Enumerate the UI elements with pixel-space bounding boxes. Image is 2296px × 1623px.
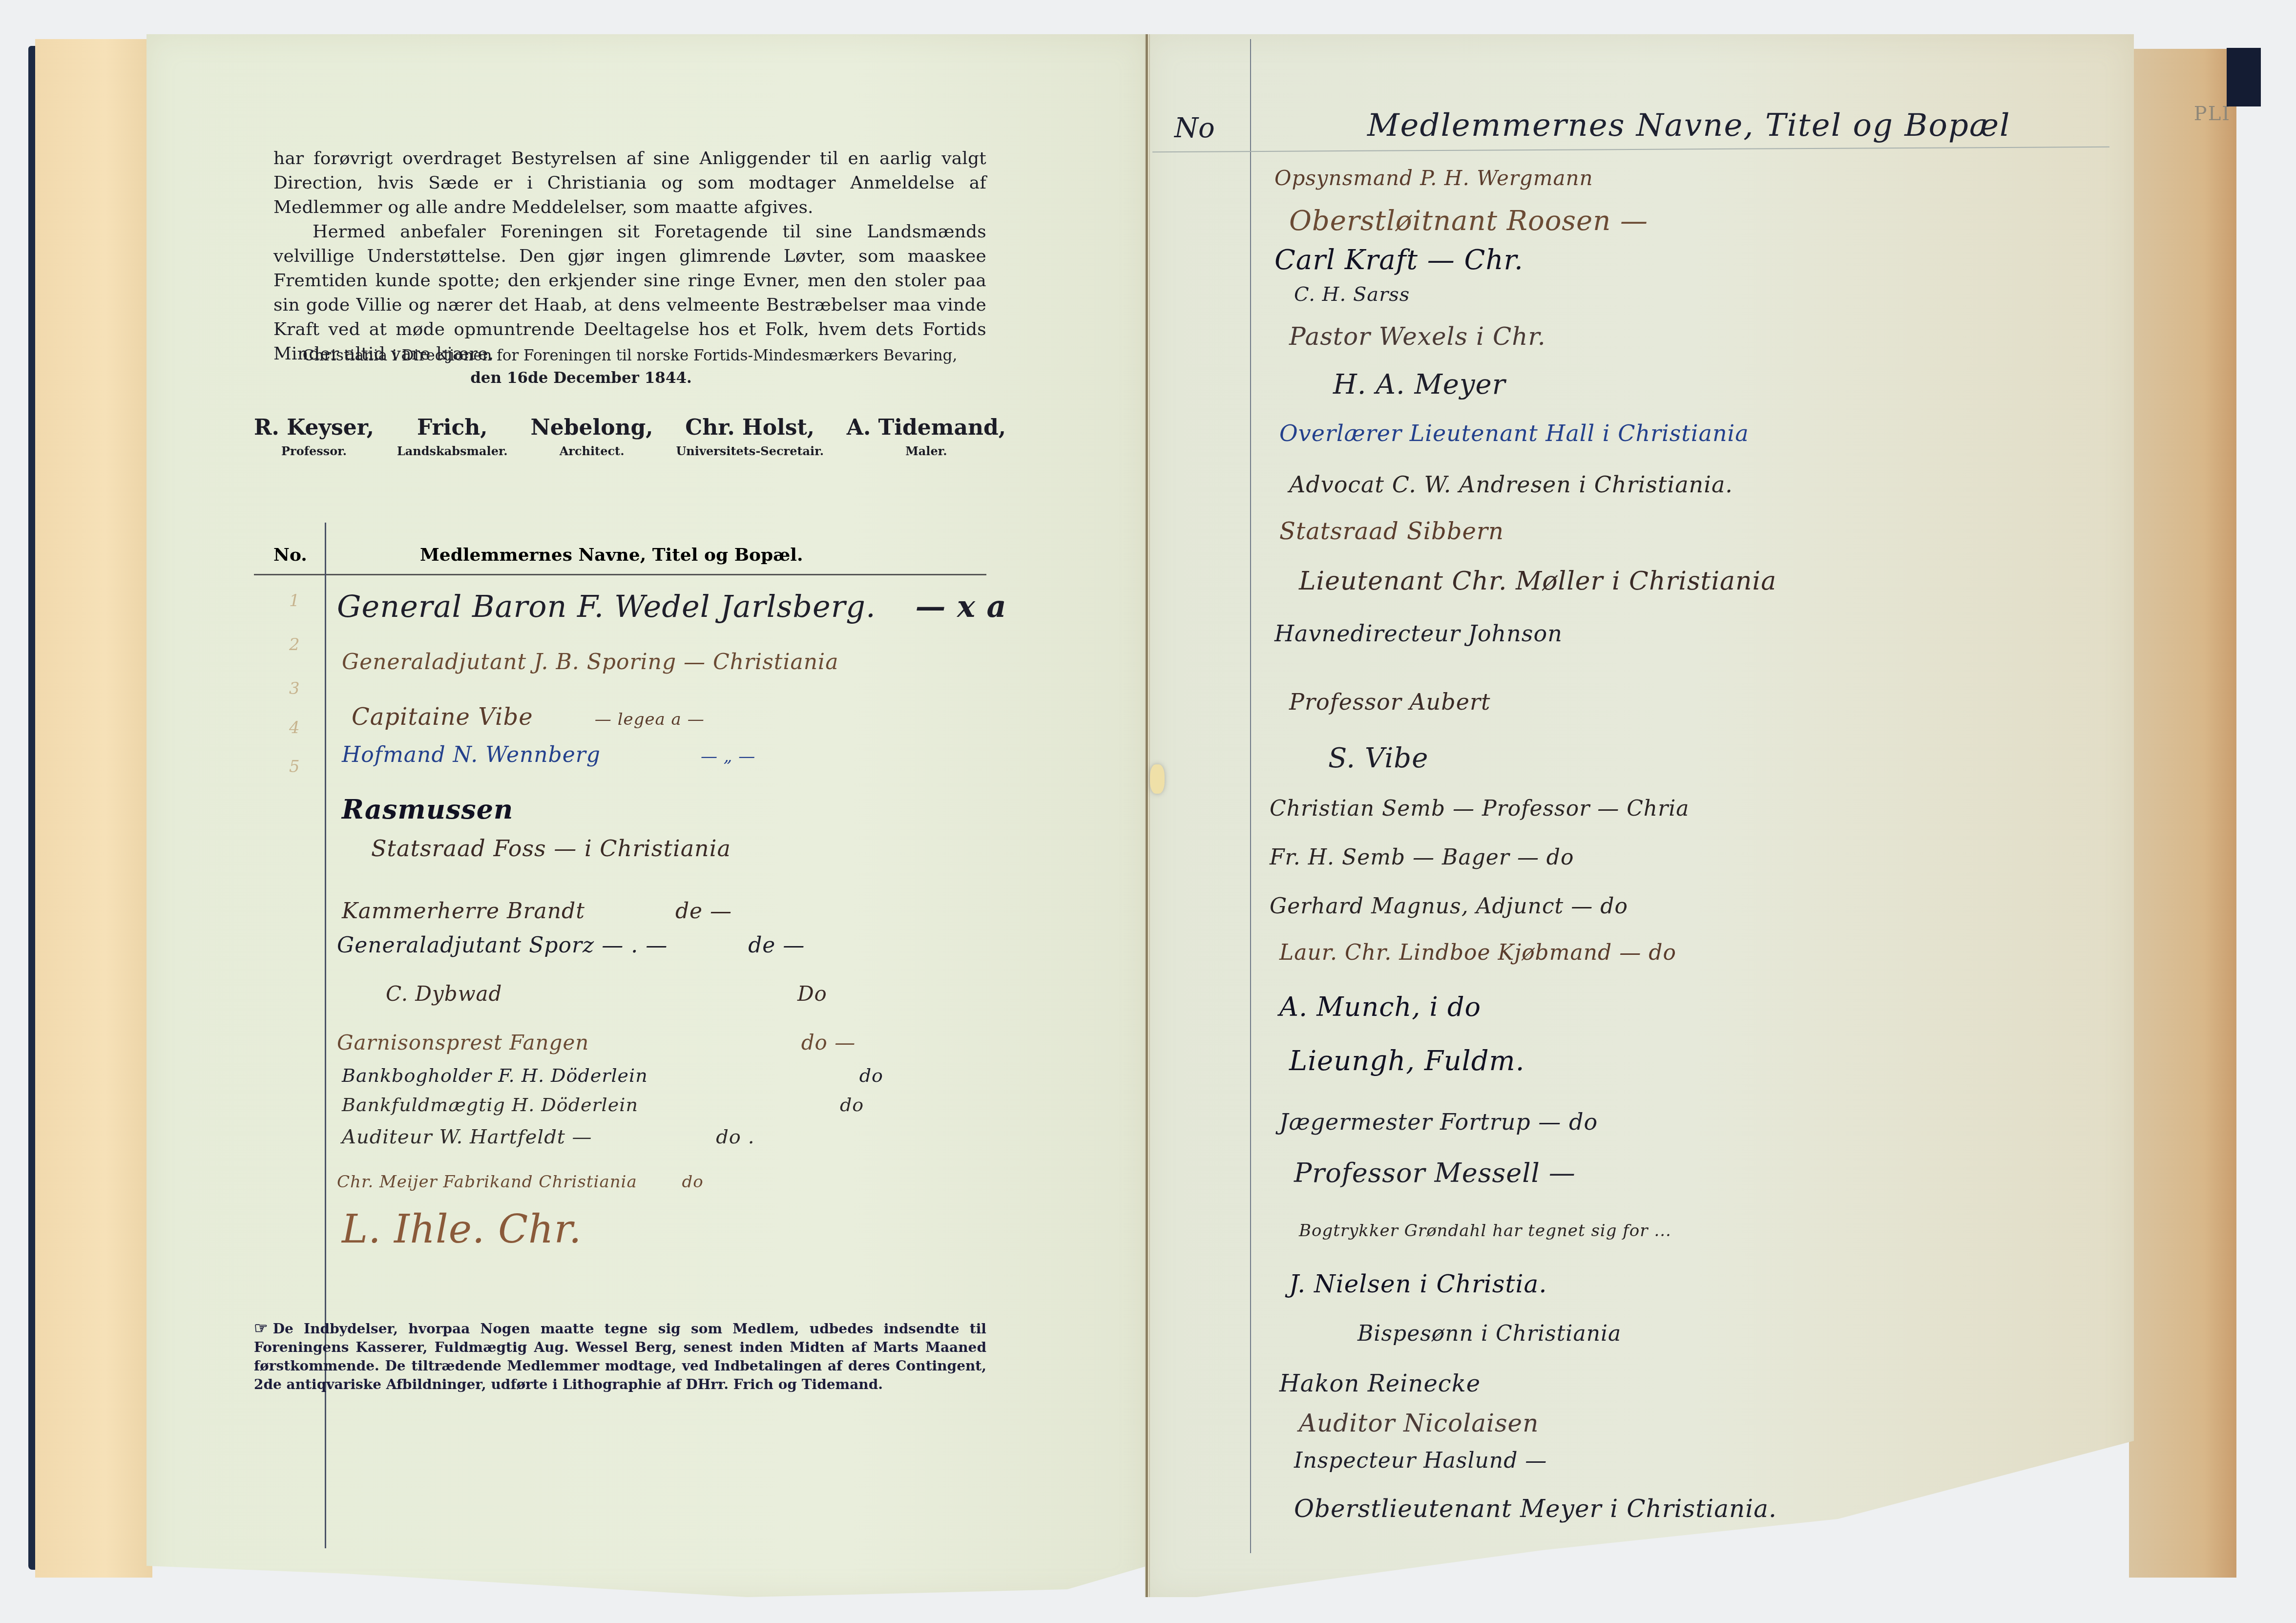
flyleaf-mark: PLI [2194,103,2231,125]
column-names: Medlemmernes Navne, Titel og Bopæl. [420,545,803,565]
entry-text: L. Ihle. Chr. [342,1206,582,1252]
member-entry: Oberstlieutenant Meyer i Christiania. [1294,1495,1777,1523]
entry-text: Kammerherre Brandt [342,899,585,924]
director-name: Frich, [397,415,508,440]
row-number: 4 [289,718,300,738]
entry-annotation: — x a [915,589,1006,624]
director: Frich, Landskabsmaler. [397,415,508,458]
member-entry: Hofmand N. Wennberg — „ — [342,742,755,767]
member-entry: Professor Messell — [1294,1158,1576,1188]
member-entry: Bogtrykker Grøndahl har tegnet sig for .… [1299,1221,1671,1241]
member-entry: Generaladjutant J. B. Sporing — Christia… [342,650,838,674]
member-entry: Laur. Chr. Lindboe Kjøbmand — do [1279,940,1676,965]
entry-annotation: de — [748,933,805,958]
director-role: Landskabsmaler. [397,444,508,458]
closing-line: Christiania i Directionen for Foreningen… [273,344,986,367]
footnote: ☞De Indbydelser, hvorpaa Nogen maatte te… [254,1319,986,1394]
book-cover-right [2227,48,2261,106]
member-entry: Carl Kraft — Chr. [1274,244,1524,276]
entry-annotation: do — [801,1031,856,1054]
director: Chr. Holst, Universitets-Secretair. [676,415,824,458]
member-entry: Statsraad Foss — i Christiania [371,835,731,862]
entry-text: Generaladjutant Sporz — . — [337,933,668,958]
member-entry: Oberstløitnant Roosen — [1289,205,1648,237]
date-line: den 16de December 1844. [273,367,986,389]
member-entry: Bankfuldmægtig H. Döderlein do [342,1094,864,1116]
member-entry: Opsynsmand P. H. Wergmann [1274,166,1593,190]
column-divider [325,523,326,1548]
member-entry: C. H. Sarss [1294,283,1410,306]
member-entry: Havnedirecteur Johnson [1274,620,1563,647]
director-name: Chr. Holst, [676,415,824,440]
entry-text: C. Dybwad [386,982,502,1006]
director-role: Universitets-Secretair. [676,444,824,458]
member-entry: Statsraad Sibbern [1279,518,1504,545]
pointing-hand-icon: ☞ [254,1319,268,1337]
entry-annotation: de — [675,899,732,924]
entry-text: Garnisonsprest Fangen [337,1031,589,1054]
director-role: Architect. [531,444,653,458]
closing-block: Christiania i Directionen for Foreningen… [273,344,986,389]
entry-text: Generaladjutant J. B. Sporing — Christia… [342,650,838,674]
director-signatures: R. Keyser, Professor. Frich, Landskabsma… [254,415,1006,458]
director: A. Tidemand, Maler. [847,415,1006,458]
column-no: No. [273,545,307,565]
column-names: Medlemmernes Navne, Titel og Bopæl [1367,107,2011,144]
member-entry: S. Vibe [1328,742,1428,774]
book-gutter [1145,34,1150,1597]
entry-text: Capitaine Vibe [352,703,533,731]
row-number: 3 [289,679,300,698]
member-entry: Rasmussen [342,794,513,825]
member-entry: Overlærer Lieutenant Hall i Christiania [1279,420,1749,446]
member-entry: Christian Semb — Professor — Chria [1270,796,1690,821]
member-entry: H. A. Meyer [1333,369,1506,400]
member-entry: Capitaine Vibe — legea a — [352,703,705,731]
entry-text: General Baron F. Wedel Jarlsberg. [337,589,876,624]
member-entry: A. Munch, i do [1279,991,1481,1022]
flyleaf-left [35,39,152,1578]
director-name: R. Keyser, [254,415,374,440]
director: Nebelong, Architect. [531,415,653,458]
director-role: Maler. [847,444,1006,458]
column-divider [1250,39,1251,1553]
member-entry: Chr. Meijer Fabrikand Christiania do [337,1172,704,1192]
entry-text: Auditeur W. Hartfeldt — [342,1126,592,1148]
entry-text: Bankbogholder F. H. Döderlein [342,1065,648,1086]
member-entry: General Baron F. Wedel Jarlsberg. — x a [337,589,1007,624]
left-table-header: No. Medlemmernes Navne, Titel og Bopæl. [254,545,986,575]
member-entry: Garnisonsprest Fangen do — [337,1031,856,1054]
member-entry: Kammerherre Brandt de — [342,899,732,924]
director-name: A. Tidemand, [847,415,1006,440]
member-entry: Pastor Wexels i Chr. [1289,322,1546,351]
member-entry: Fr. H. Semb — Bager — do [1270,845,1574,870]
member-entry: Bispesønn i Christiania [1357,1321,1621,1346]
row-number: 5 [289,757,300,777]
member-entry: Jægermester Fortrup — do [1279,1109,1598,1135]
entry-text: Statsraad Foss — i Christiania [371,835,731,862]
director: R. Keyser, Professor. [254,415,374,458]
row-number: 1 [289,591,300,611]
member-entry: Auditeur W. Hartfeldt — do . [342,1126,754,1148]
member-entry: L. Ihle. Chr. [342,1206,582,1252]
member-entry: Bankbogholder F. H. Döderlein do [342,1065,883,1086]
intro-text: har forøvrigt overdraget Bestyrelsen af … [273,147,986,366]
member-entry: Gerhard Magnus, Adjunct — do [1270,894,1628,919]
entry-annotation: — „ — [701,747,755,766]
entry-annotation: do [682,1172,704,1192]
member-entry: Professor Aubert [1289,689,1490,715]
member-entry: Lieutenant Chr. Møller i Christiania [1299,567,1776,596]
entry-text: Rasmussen [342,794,513,825]
member-entry: Inspecteur Haslund — [1294,1448,1547,1473]
flyleaf-right: PLI [2129,49,2236,1578]
row-number: 2 [289,635,300,654]
column-no: No [1174,112,1215,144]
entry-annotation: do [840,1094,864,1116]
member-entry: J. Nielsen i Christia. [1289,1270,1547,1298]
footnote-text: De Indbydelser, hvorpaa Nogen maatte teg… [254,1321,986,1392]
entry-text: Hofmand N. Wennberg [342,742,601,767]
member-entry: Advocat C. W. Andresen i Christiania. [1289,471,1733,498]
entry-text: Bankfuldmægtig H. Döderlein [342,1094,638,1116]
binding-stitch [1150,764,1165,794]
member-entry: Lieungh, Fuldm. [1289,1045,1524,1077]
intro-paragraph-1: har forøvrigt overdraget Bestyrelsen af … [273,147,986,220]
member-entry: C. Dybwad Do [386,982,827,1006]
director-name: Nebelong, [531,415,653,440]
director-role: Professor. [254,444,374,458]
member-entry: Auditor Nicolaisen [1299,1409,1539,1437]
entry-annotation: do . [716,1126,754,1148]
member-entry: Hakon Reinecke [1279,1370,1481,1397]
member-entry: Generaladjutant Sporz — . — de — [337,933,805,958]
entry-annotation: do [859,1065,883,1086]
entry-annotation: Do [797,982,827,1006]
entry-annotation: — legea a — [595,710,705,729]
entry-text: Chr. Meijer Fabrikand Christiania [337,1172,637,1192]
